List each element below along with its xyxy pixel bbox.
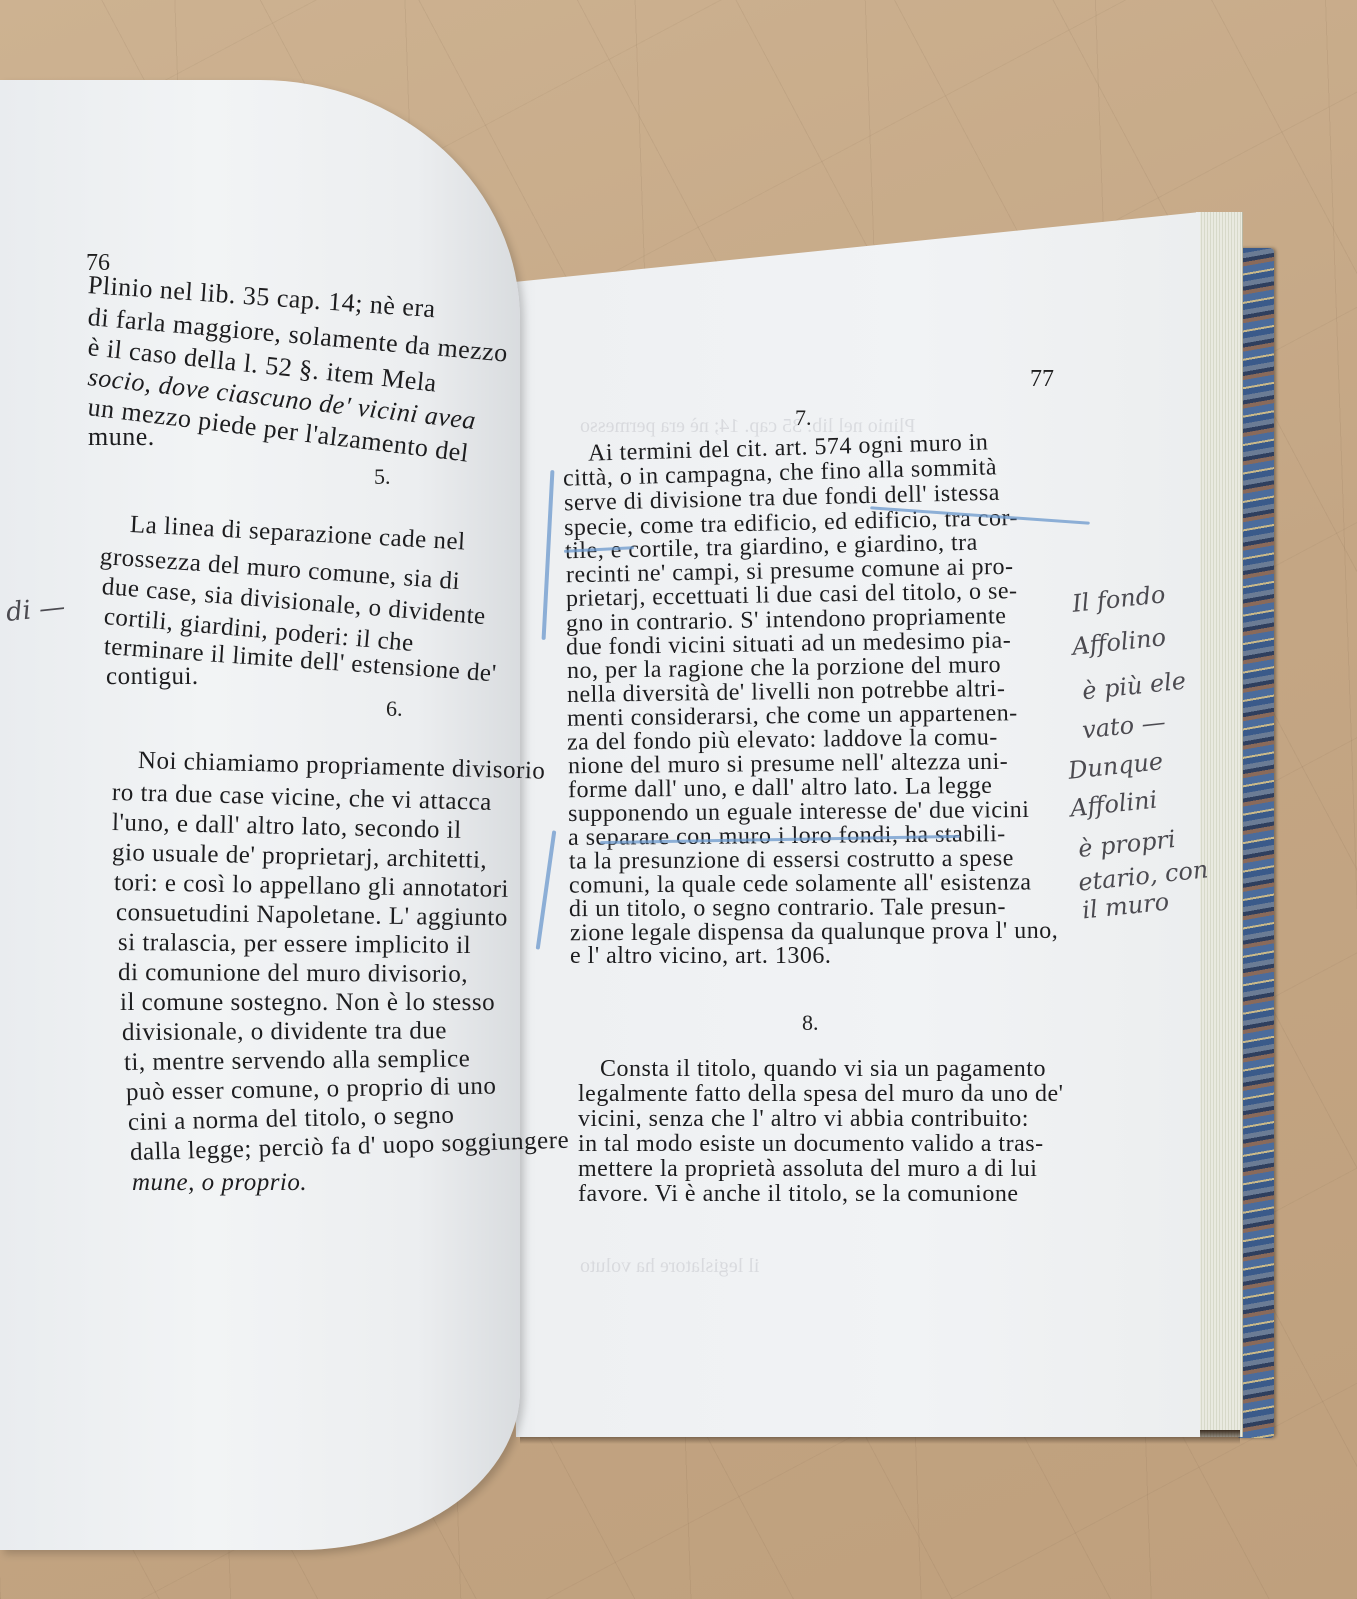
section-number-6: 6. <box>386 696 403 722</box>
text-line: mettere la proprietà assoluta del muro a… <box>578 1157 1037 1181</box>
show-through-text: il legislatore ha voluto <box>580 1255 759 1278</box>
text-line: si tralascia, per essere implicito il <box>118 930 471 958</box>
text-line: consuetudini Napoletane. L' aggiunto <box>116 900 508 930</box>
page-number-right: 77 <box>1030 366 1054 393</box>
page-edges <box>1196 212 1243 1437</box>
text-line: contigui. <box>106 664 199 689</box>
section-number-7: 7. <box>795 405 812 431</box>
text-line: vicini, senza che l' altro vi abbia cont… <box>578 1107 1029 1131</box>
text-line: può esser comune, o proprio di uno <box>126 1074 497 1105</box>
text-line: divisionale, o dividente tra due <box>122 1018 447 1045</box>
text-line: mune, o proprio. <box>132 1170 307 1195</box>
section-number-8: 8. <box>802 1010 819 1036</box>
text-line: il comune sostegno. Non è lo stesso <box>120 990 495 1015</box>
text-line: mune. <box>88 424 155 450</box>
text-line: e l' altro vicino, art. 1306. <box>570 944 831 968</box>
text-line: zione legale dispensa da qualunque prova… <box>570 919 1058 946</box>
text-line: di comunione del muro divisorio, <box>118 960 468 987</box>
handwritten-margin-note-left: di — <box>5 592 67 628</box>
text-line: di un titolo, o segno contrario. Tale pr… <box>569 895 1006 921</box>
text-line: favore. Vi è anche il titolo, se la comu… <box>578 1182 1018 1206</box>
section-number-5: 5. <box>374 464 391 490</box>
marbled-book-cover <box>1238 248 1274 1438</box>
text-line: legalmente fatto della spesa del muro da… <box>578 1082 1064 1106</box>
text-line: ti, mentre servendo alla semplice <box>124 1046 470 1075</box>
text-line: in tal modo esiste un documento valido a… <box>578 1132 1044 1156</box>
text-line: Consta il titolo, quando vi sia un pagam… <box>600 1057 1046 1081</box>
